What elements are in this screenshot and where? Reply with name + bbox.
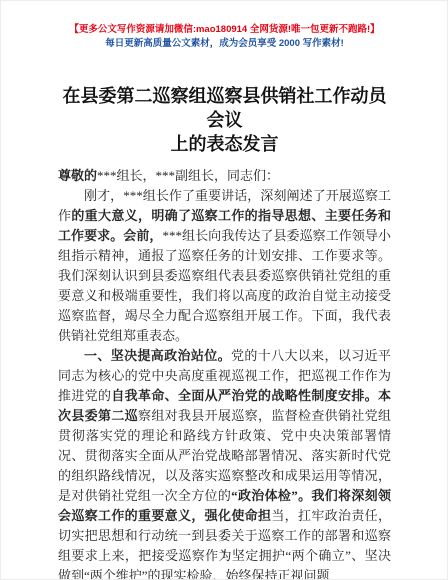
document-title-line-1: 在县委第二巡察组巡察县供销社工作动员会议	[58, 84, 391, 132]
document-page: 【更多公文写作资源请加微信:mao180914 全网货源!唯一包更新不跑路!】 …	[0, 0, 448, 580]
paragraph-2: 一、坚决提高政治站位。党的十八大以来，以习近平同志为核心的党中央高度重视巡视工作…	[58, 346, 391, 580]
promo-banner: 【更多公文写作资源请加微信:mao180914 全网货源!唯一包更新不跑路!】 …	[58, 23, 391, 51]
document-title-line-2: 上的表态发言	[58, 132, 391, 156]
page-number: 1	[1, 549, 447, 561]
paragraph-1: 刚才，***组长作了重要讲话，深刻阐述了开展巡察工作的重大意义，明确了巡察工作的…	[58, 186, 391, 346]
promo-line-1: 【更多公文写作资源请加微信:mao180914 全网货源!唯一包更新不跑路!】	[58, 23, 391, 37]
document-title: 在县委第二巡察组巡察县供销社工作动员会议 上的表态发言	[58, 84, 391, 156]
document-body: 尊敬的***组长，***副组长，同志们： 刚才，***组长作了重要讲话，深刻阐述…	[58, 166, 391, 580]
promo-line-2: 每日更新高质量公文素材，成为会员享受 2000 写作素材!	[58, 37, 391, 51]
salutation: 尊敬的***组长，***副组长，同志们：	[58, 166, 391, 186]
